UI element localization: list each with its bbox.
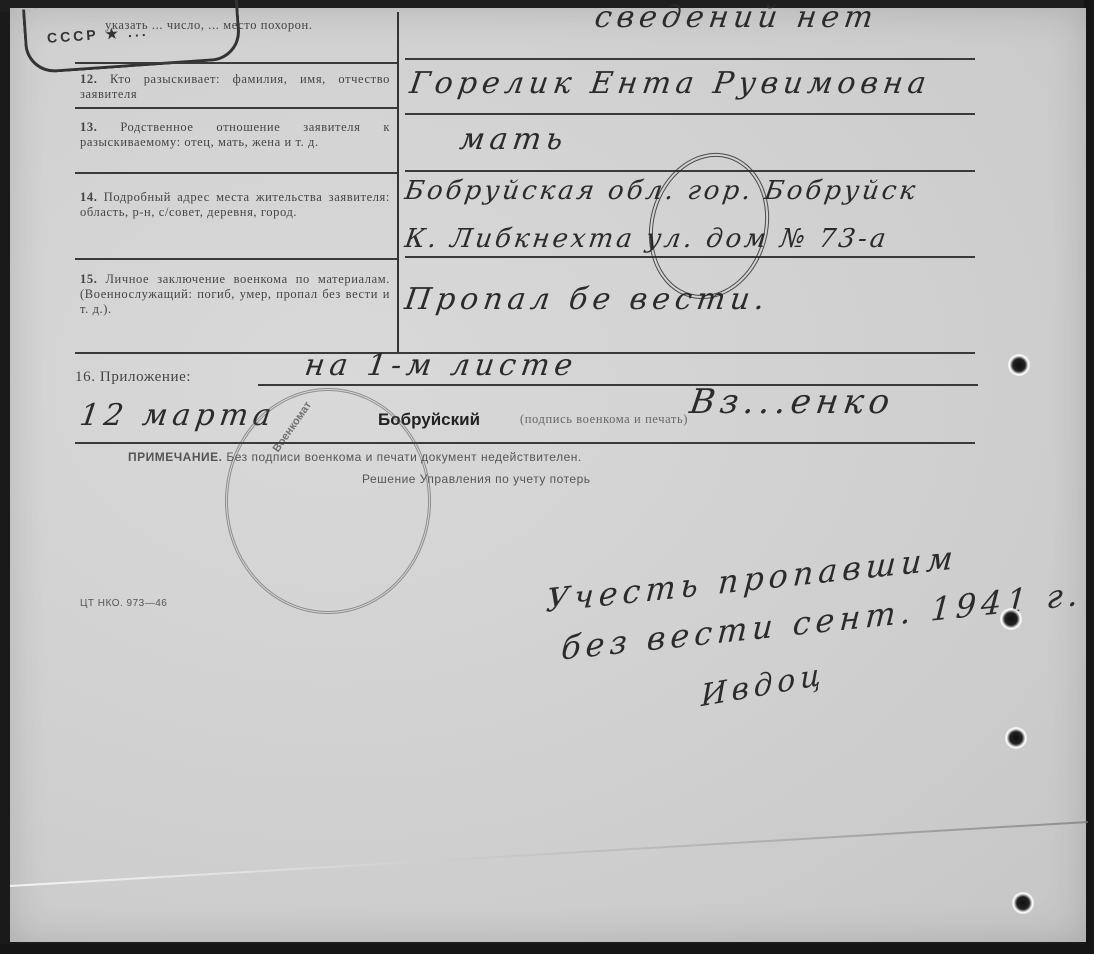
attachment-value: на 1-м листе xyxy=(303,348,580,383)
rule xyxy=(75,258,397,260)
scan-border-bottom xyxy=(0,944,1094,954)
punch-hole xyxy=(1005,727,1027,749)
rule xyxy=(75,107,397,109)
rule xyxy=(75,62,397,64)
round-military-stamp: Военкомат xyxy=(225,388,431,614)
field-11-label: указать ... число, ... место похорон. xyxy=(105,18,390,33)
field-14-label: 14. Подробный адрес места жительства зая… xyxy=(80,190,390,220)
column-divider xyxy=(397,12,399,354)
attachment-label: 16. Приложение: xyxy=(75,370,191,385)
rule xyxy=(75,172,397,174)
punch-hole xyxy=(1008,354,1030,376)
field-13-label: 13. Родственное отношение заявителя к ра… xyxy=(80,120,390,150)
answer-line xyxy=(405,113,975,115)
signature-caption: (подпись военкома и печать) xyxy=(520,412,688,427)
round-stamp-center: Военкомат xyxy=(271,399,315,454)
answer-field-11: сведений нет xyxy=(593,0,881,35)
form-code: ЦТ НКО. 973—46 xyxy=(80,598,167,609)
answer-field-12: Горелик Ента Рувимовна xyxy=(408,66,934,101)
answer-field-14-line2: К. Либкнехта ул. дом № 73-а xyxy=(403,224,891,254)
commissar-signature: Вз...енко xyxy=(687,382,897,422)
answer-field-13: мать xyxy=(458,122,570,157)
note-label: ПРИМЕЧАНИЕ. xyxy=(128,450,222,464)
punch-hole xyxy=(1012,892,1034,914)
field-15-label: 15. Личное заключение военкома по матери… xyxy=(80,272,390,317)
answer-line xyxy=(405,58,975,60)
punch-hole xyxy=(1000,608,1022,630)
signature-line xyxy=(75,442,975,444)
field-12-label: 12. Кто разыскивает: фамилия, имя, отчес… xyxy=(80,72,390,102)
